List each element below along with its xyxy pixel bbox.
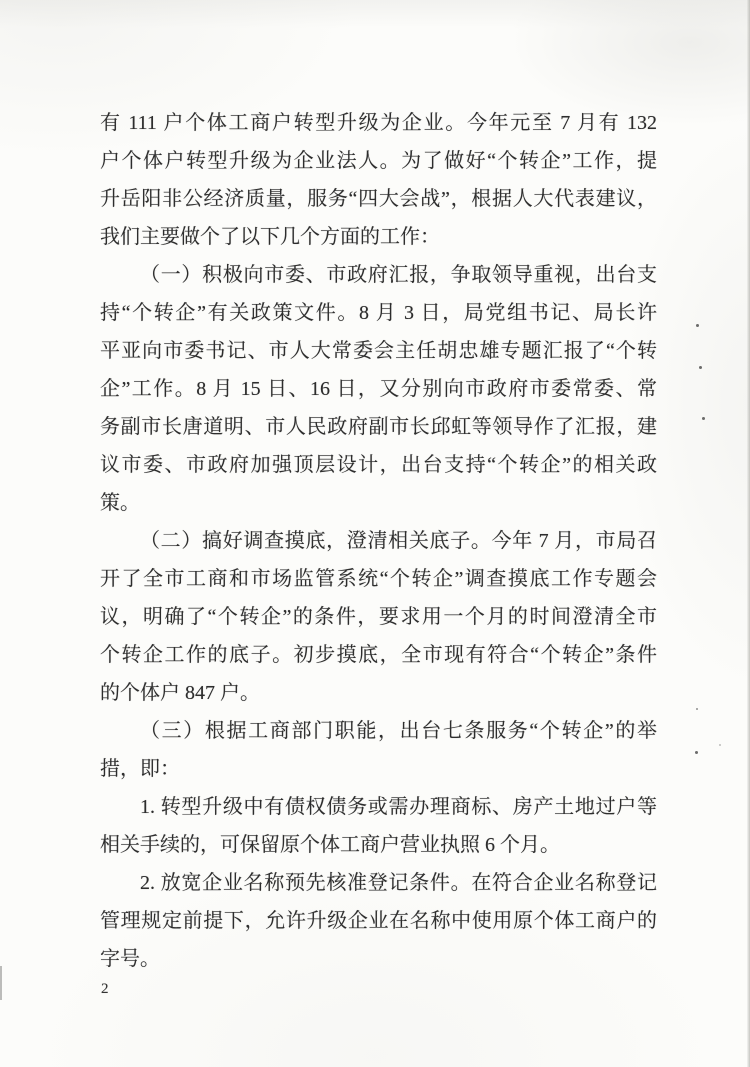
- text-line: 企”工作。8 月 15 日、16 日，又分别向市政府市委常委、常: [100, 370, 657, 408]
- text-line: 措，即：: [100, 750, 657, 788]
- text-line: （一）积极向市委、市政府汇报，争取领导重视，出台支: [100, 256, 657, 294]
- scan-speck: [696, 708, 698, 710]
- document-body: 有 111 户个体工商户转型升级为企业。今年元至 7 月有 132 户个体户转型…: [100, 104, 657, 978]
- text-line: （三）根据工商部门职能，出台七条服务“个转企”的举: [100, 712, 657, 750]
- paragraph: （三）根据工商部门职能，出台七条服务“个转企”的举 措，即：: [100, 712, 657, 788]
- text-line: 平亚向市委书记、市人大常委会主任胡忠雄专题汇报了“个转: [100, 332, 657, 370]
- text-line: 相关手续的，可保留原个体工商户营业执照 6 个月。: [100, 826, 657, 864]
- text-line: 户个体户转型升级为企业法人。为了做好“个转企”工作，提: [100, 142, 657, 180]
- paragraph: 2. 放宽企业名称预先核准登记条件。在符合企业名称登记 管理规定前提下，允许升级…: [100, 864, 657, 978]
- text-line: 的个体户 847 户。: [100, 674, 657, 712]
- text-line: 我们主要做个了以下几个方面的工作：: [100, 218, 657, 256]
- text-line: （二）搞好调查摸底，澄清相关底子。今年 7 月，市局召: [100, 522, 657, 560]
- paragraph: （二）搞好调查摸底，澄清相关底子。今年 7 月，市局召 开了全市工商和市场监管系…: [100, 522, 657, 712]
- scan-speck: [719, 744, 721, 746]
- page-number: 2: [101, 981, 109, 998]
- text-line: 议市委、市政府加强顶层设计，出台支持“个转企”的相关政: [100, 446, 657, 484]
- text-line: 个转企工作的底子。初步摸底，全市现有符合“个转企”条件: [100, 636, 657, 674]
- text-line: 有 111 户个体工商户转型升级为企业。今年元至 7 月有 132: [100, 104, 657, 142]
- text-line: 策。: [100, 484, 657, 522]
- text-line: 持“个转企”有关政策文件。8 月 3 日，局党组书记、局长许: [100, 294, 657, 332]
- text-line: 字号。: [100, 940, 657, 978]
- text-line: 务副市长唐道明、市人民政府副市长邱虹等领导作了汇报，建: [100, 408, 657, 446]
- text-line: 2. 放宽企业名称预先核准登记条件。在符合企业名称登记: [100, 864, 657, 902]
- paragraph: 有 111 户个体工商户转型升级为企业。今年元至 7 月有 132 户个体户转型…: [100, 104, 657, 256]
- paragraph: （一）积极向市委、市政府汇报，争取领导重视，出台支 持“个转企”有关政策文件。8…: [100, 256, 657, 522]
- text-line: 管理规定前提下，允许升级企业在名称中使用原个体工商户的: [100, 902, 657, 940]
- text-line: 议，明确了“个转企”的条件，要求用一个月的时间澄清全市: [100, 598, 657, 636]
- scan-speck: [699, 366, 702, 369]
- paragraph: 1. 转型升级中有债权债务或需办理商标、房产土地过户等 相关手续的，可保留原个体…: [100, 788, 657, 864]
- scan-speck: [695, 751, 698, 754]
- scan-edge-mark: [0, 966, 2, 1000]
- text-line: 升岳阳非公经济质量，服务“四大会战”，根据人大代表建议，: [100, 180, 657, 218]
- document-page: 有 111 户个体工商户转型升级为企业。今年元至 7 月有 132 户个体户转型…: [0, 0, 750, 1067]
- scan-speck: [696, 324, 699, 327]
- text-line: 1. 转型升级中有债权债务或需办理商标、房产土地过户等: [100, 788, 657, 826]
- text-line: 开了全市工商和市场监管系统“个转企”调查摸底工作专题会: [100, 560, 657, 598]
- scan-speck: [702, 417, 705, 420]
